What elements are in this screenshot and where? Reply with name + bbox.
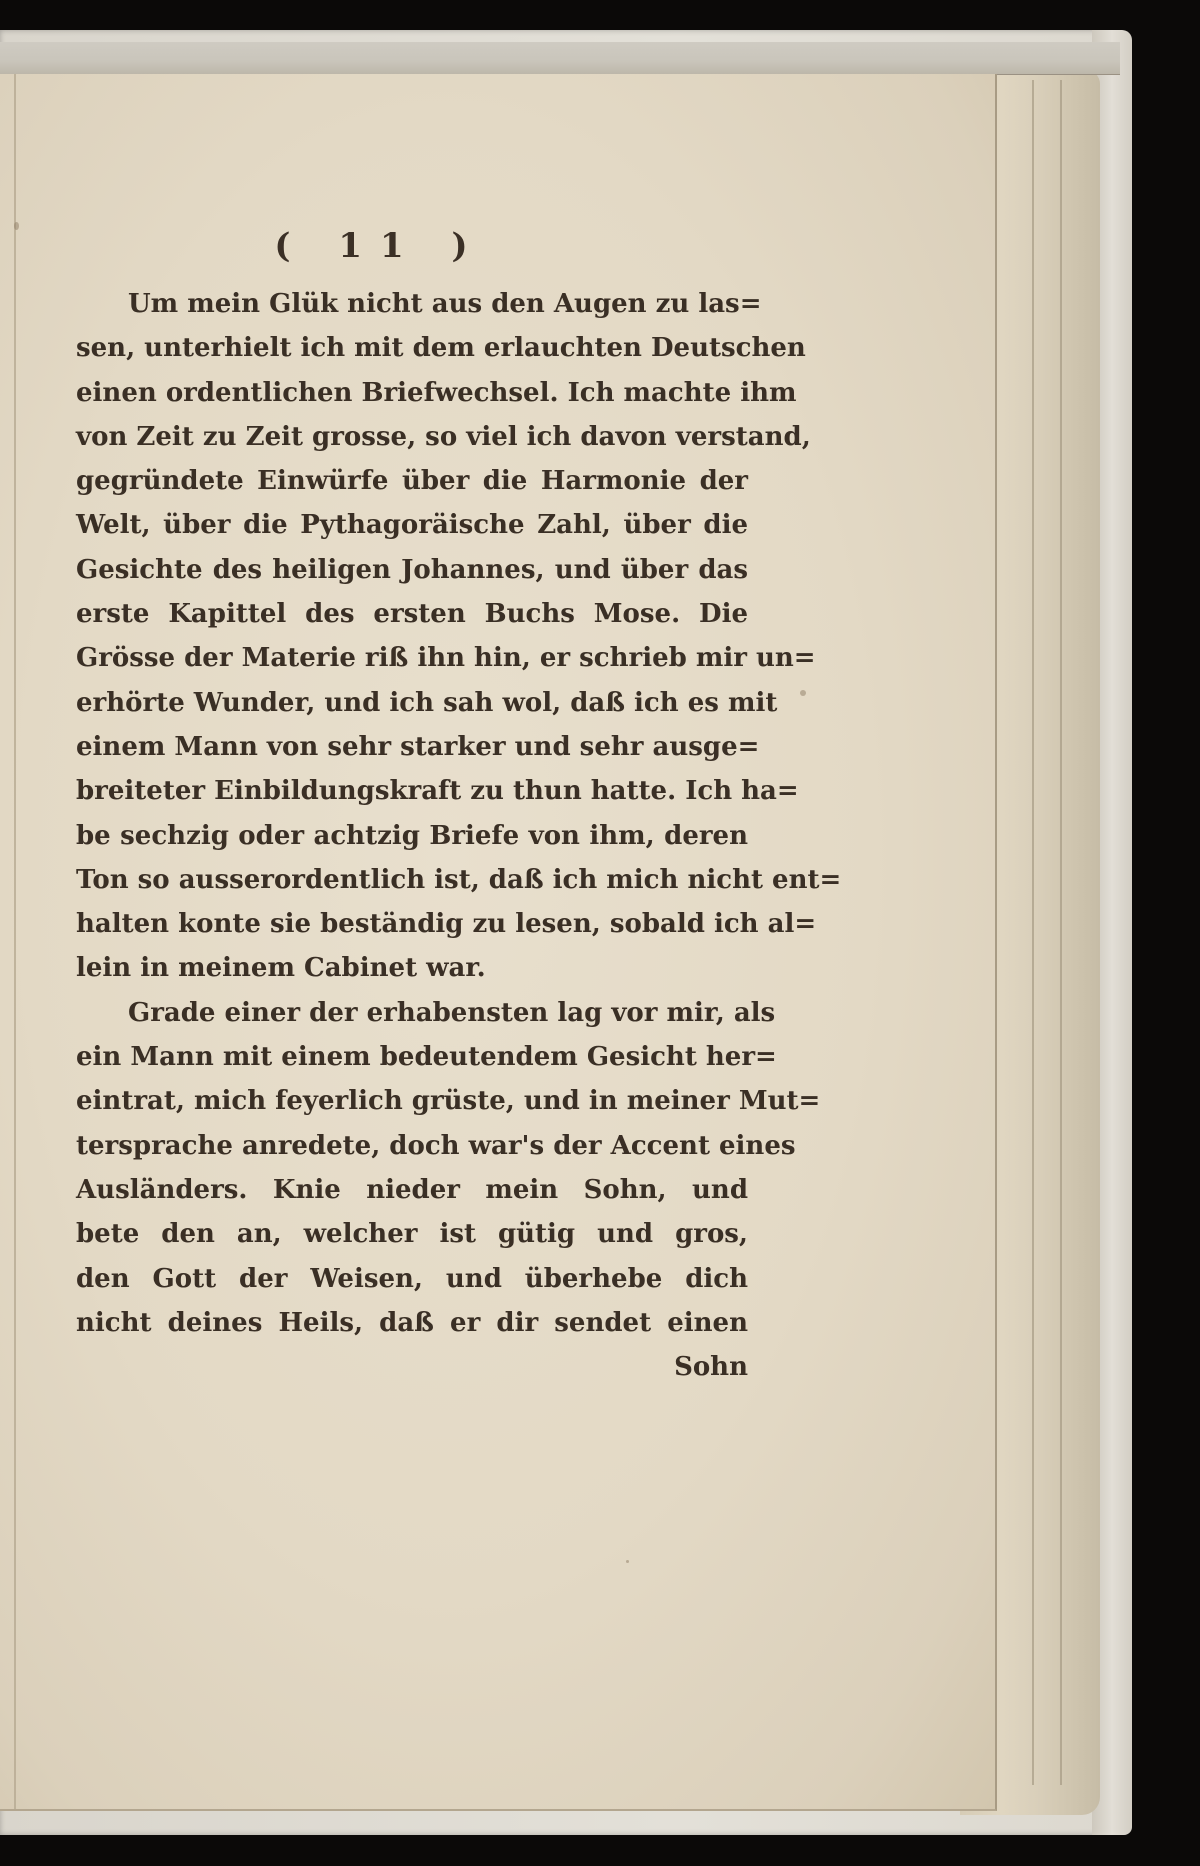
text-line: nicht deines Heils, daß er dir sendet ei… (76, 1301, 748, 1345)
text-line: den Gott der Weisen, und überhebe dich (76, 1257, 748, 1301)
text-line: Gesichte des heiligen Johannes, und über… (76, 548, 748, 592)
text-line: erste Kapittel des ersten Buchs Mose. Di… (76, 592, 748, 636)
text-line: erhörte Wunder, und ich sah wol, daß ich… (76, 681, 748, 725)
folder-top-edge (0, 42, 1120, 75)
text-line: breiteter Einbildungskraft zu thun hatte… (76, 769, 748, 813)
binding-gutter (14, 74, 16, 1809)
text-line: lein in meinem Cabinet war. (76, 946, 748, 990)
text-line: Grade einer der erhabensten lag vor mir,… (76, 991, 748, 1035)
text-line: einem Mann von sehr starker und sehr aus… (76, 725, 748, 769)
paper-speck (626, 1560, 629, 1563)
text-line: ein Mann mit einem bedeutendem Gesicht h… (76, 1035, 748, 1079)
text-line: Ausländers. Knie nieder mein Sohn, und (76, 1168, 748, 1212)
paper-speck (800, 690, 806, 696)
page-edge-line (1060, 80, 1062, 1785)
text-line: be sechzig oder achtzig Briefe von ihm, … (76, 814, 748, 858)
text-line: Um mein Glük nicht aus den Augen zu las= (76, 282, 748, 326)
text-line: eintrat, mich feyerlich grüste, und in m… (76, 1079, 748, 1123)
text-line: tersprache anredete, doch war's der Acce… (76, 1124, 748, 1168)
page-number-header: ( 11 ) (0, 226, 760, 266)
text-line: halten konte sie beständig zu lesen, sob… (76, 902, 748, 946)
text-line: sen, unterhielt ich mit dem erlauchten D… (76, 326, 748, 370)
page-edge-line (1032, 80, 1034, 1785)
catchword: Sohn (76, 1345, 748, 1389)
text-line: gegründete Einwürfe über die Harmonie de… (76, 459, 748, 503)
text-line: Welt, über die Pythagoräische Zahl, über… (76, 503, 748, 547)
paragraph-2: Grade einer der erhabensten lag vor mir,… (76, 991, 748, 1345)
text-line: von Zeit zu Zeit grosse, so viel ich dav… (76, 415, 748, 459)
text-line: bete den an, welcher ist gütig und gros, (76, 1212, 748, 1256)
paragraph-1: Um mein Glük nicht aus den Augen zu las=… (76, 282, 748, 991)
text-line: Grösse der Materie riß ihn hin, er schri… (76, 636, 748, 680)
text-line: einen ordentlichen Briefwechsel. Ich mac… (76, 371, 748, 415)
body-text: Um mein Glük nicht aus den Augen zu las=… (76, 282, 748, 1389)
text-line: Ton so ausserordentlich ist, daß ich mic… (76, 858, 748, 902)
